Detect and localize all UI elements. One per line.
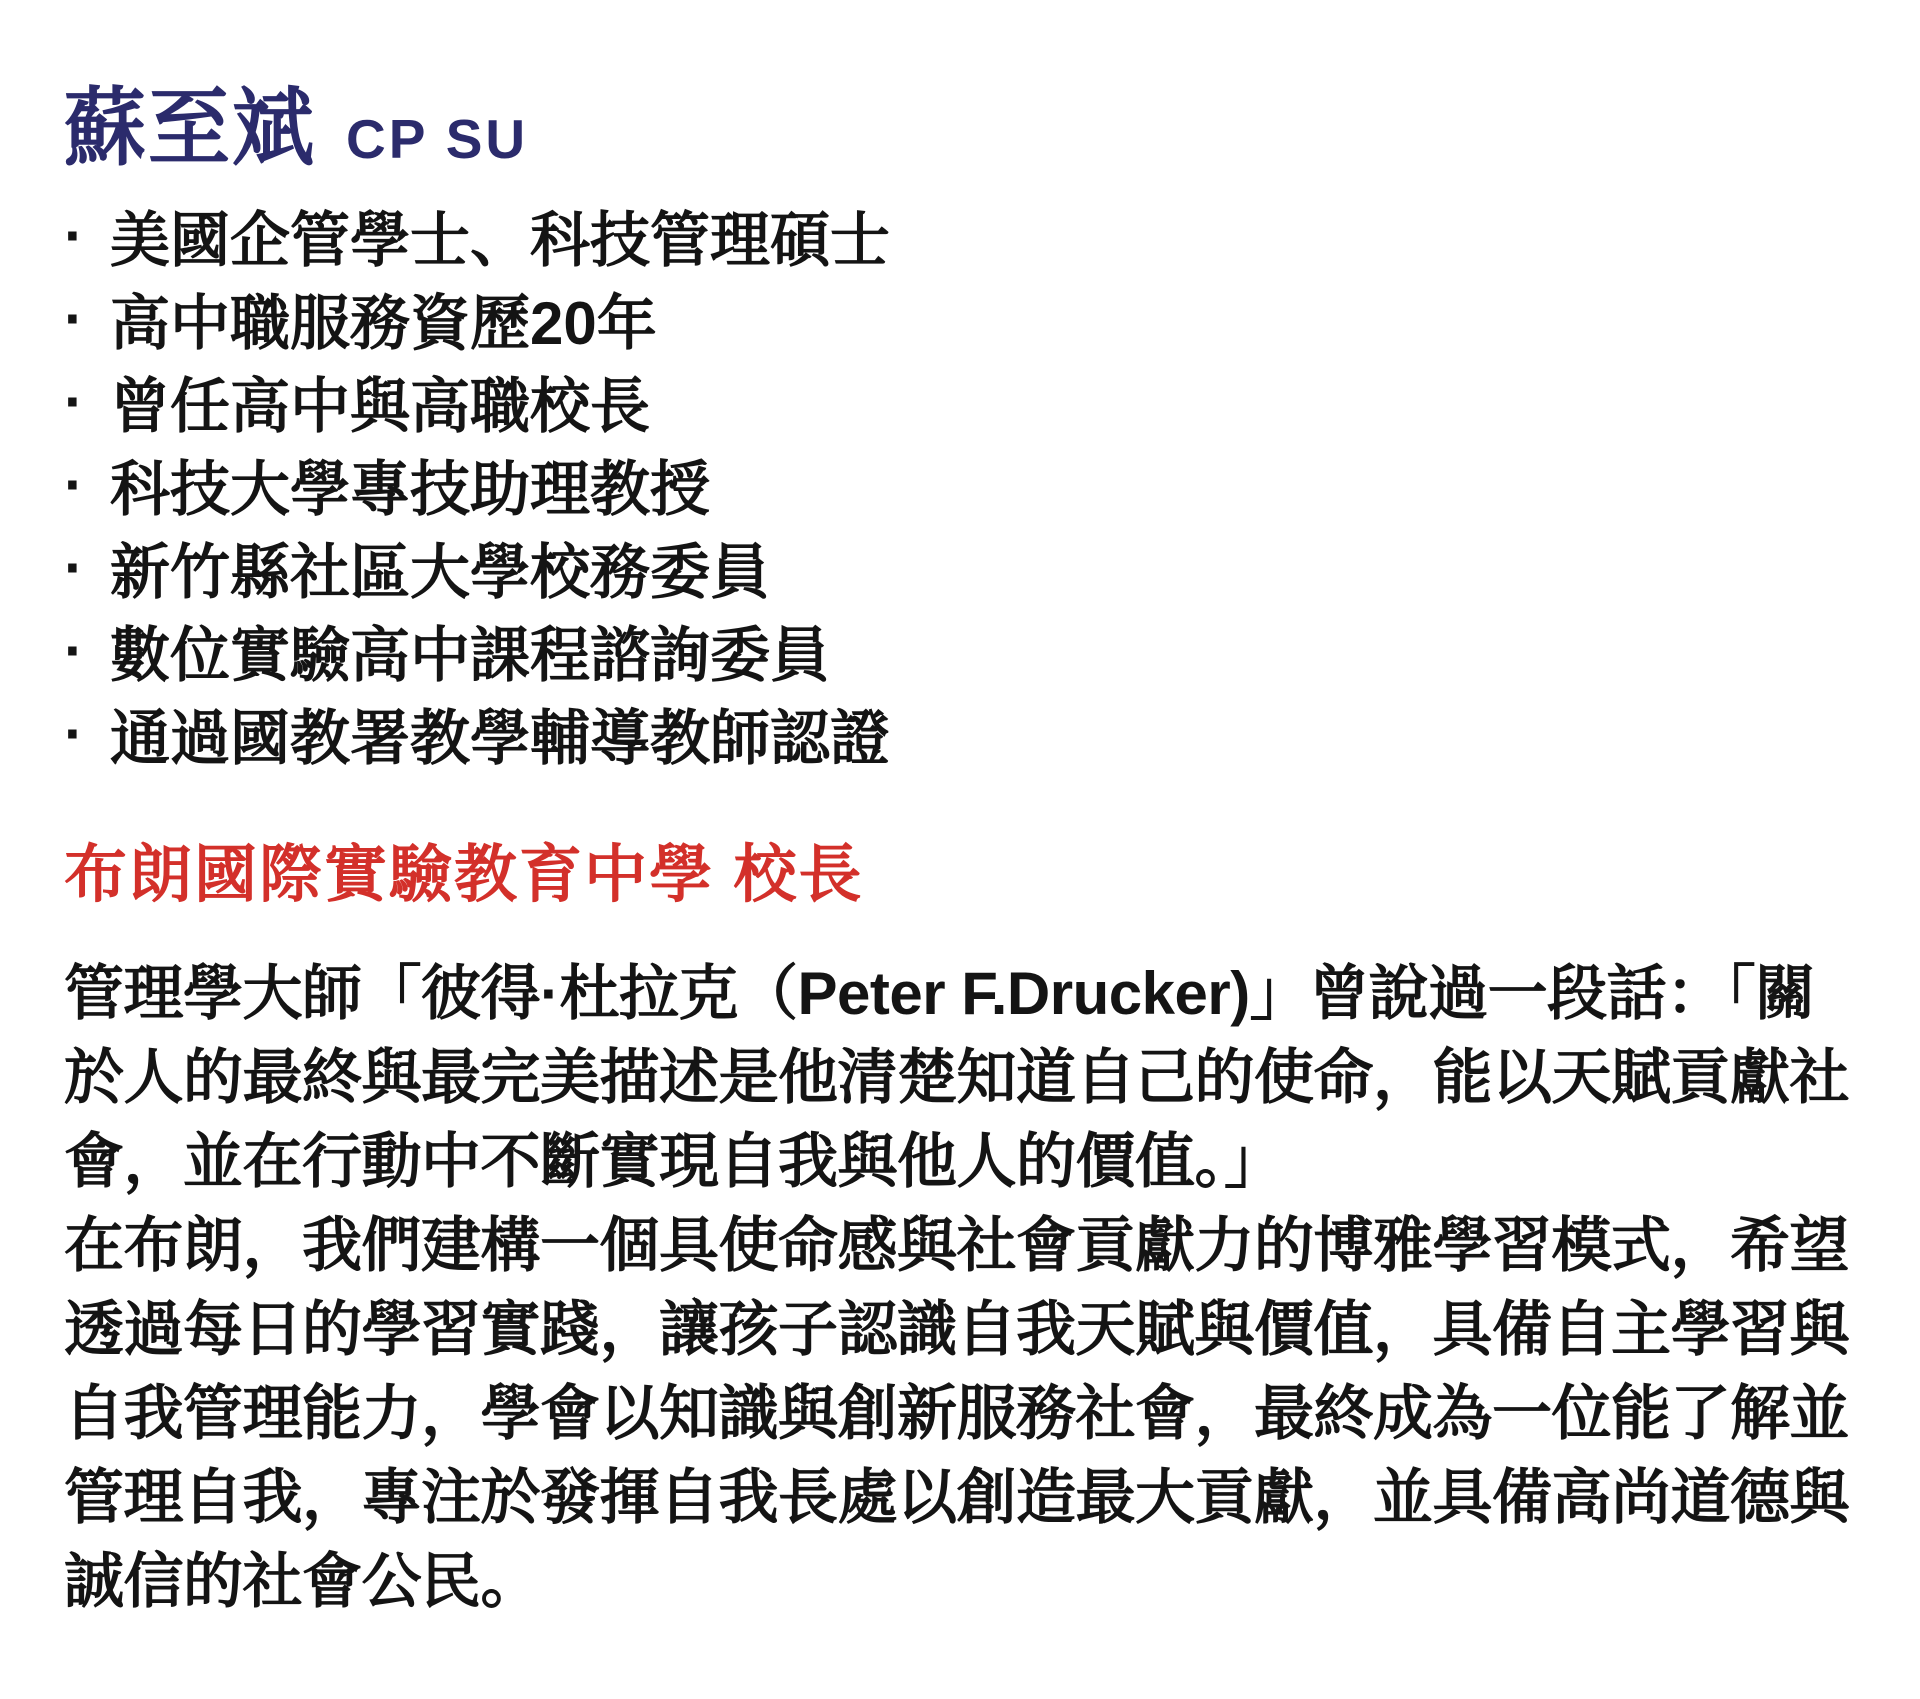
bullet-icon: · (64, 450, 110, 519)
bullet-icon: · (64, 533, 110, 602)
credential-text: 美國企管學士、科技管理碩士 (110, 193, 890, 279)
bullet-icon: · (64, 616, 110, 685)
person-name: 蘇至斌 (64, 87, 316, 172)
credential-text: 曾任高中與高職校長 (110, 359, 650, 445)
bullet-icon: · (64, 201, 110, 270)
list-item: · 新竹縣社區大學校務委員 (64, 526, 1858, 609)
credential-text: 通過國教署教學輔導教師認證 (110, 691, 890, 777)
bullet-icon: · (64, 367, 110, 436)
bullet-icon: · (64, 699, 110, 768)
bio-line: 會，並在行動中不斷實現自我與他人的價值。」 (64, 1120, 1858, 1204)
credential-text: 數位實驗高中課程諮詢委員 (110, 608, 830, 694)
bio-line: 管理學大師「彼得·杜拉克（Peter F.Drucker)」曾說過一段話：「關 (64, 952, 1858, 1036)
list-item: · 通過國教署教學輔導教師認證 (64, 692, 1858, 775)
section-title: 布朗國際實驗教育中學 校長 (64, 841, 1858, 910)
credential-text: 高中職服務資歷20年 (110, 276, 657, 362)
bio-line: 誠信的社會公民。 (64, 1540, 1858, 1624)
credential-text: 科技大學專技助理教授 (110, 442, 710, 528)
bio-line: 透過每日的學習實踐，讓孩子認識自我天賦與價值，具備自主學習與 (64, 1288, 1858, 1372)
profile-page: 蘇至斌 CP SU · 美國企管學士、科技管理碩士 · 高中職服務資歷20年 ·… (0, 0, 1920, 1699)
list-item: · 數位實驗高中課程諮詢委員 (64, 609, 1858, 692)
bio-line: 自我管理能力，學會以知識與創新服務社會，最終成為一位能了解並 (64, 1372, 1858, 1456)
bio-paragraph-quote: 管理學大師「彼得·杜拉克（Peter F.Drucker)」曾說過一段話：「關 … (64, 952, 1858, 1204)
list-item: · 科技大學專技助理教授 (64, 443, 1858, 526)
credential-text: 新竹縣社區大學校務委員 (110, 525, 770, 611)
list-item: · 曾任高中與高職校長 (64, 360, 1858, 443)
bio-line: 於人的最終與最完美描述是他清楚知道自己的使命，能以天賦貢獻社 (64, 1036, 1858, 1120)
list-item: · 美國企管學士、科技管理碩士 (64, 194, 1858, 277)
bio-line: 管理自我，專注於發揮自我長處以創造最大貢獻，並具備高尚道德與 (64, 1456, 1858, 1540)
bio-line: 在布朗，我們建構一個具使命感與社會貢獻力的博雅學習模式，希望 (64, 1204, 1858, 1288)
person-name-latin: CP SU (346, 107, 528, 171)
bio-paragraph-mission: 在布朗，我們建構一個具使命感與社會貢獻力的博雅學習模式，希望 透過每日的學習實踐… (64, 1204, 1858, 1624)
bio-text: 管理學大師「彼得·杜拉克（Peter F.Drucker)」曾說過一段話：「關 … (64, 952, 1858, 1624)
credentials-list: · 美國企管學士、科技管理碩士 · 高中職服務資歷20年 · 曾任高中與高職校長… (64, 194, 1858, 775)
bullet-icon: · (64, 284, 110, 353)
page-title: 蘇至斌 CP SU (64, 90, 1858, 172)
list-item: · 高中職服務資歷20年 (64, 277, 1858, 360)
